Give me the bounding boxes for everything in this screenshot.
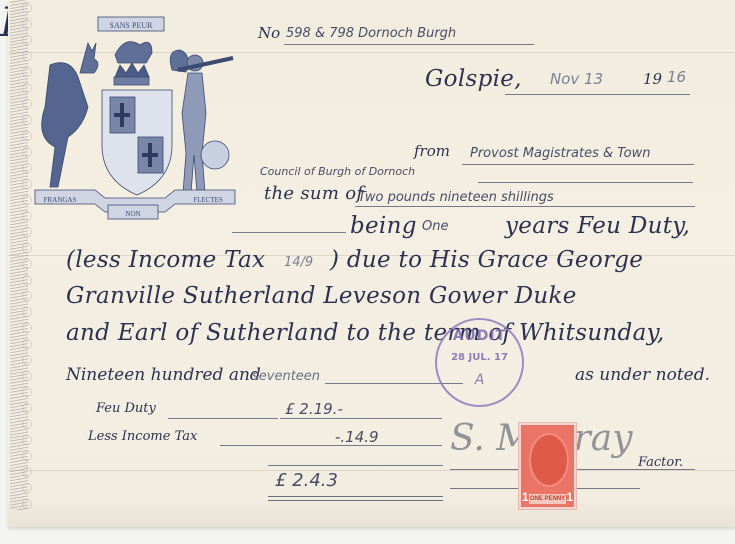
rule (355, 206, 695, 207)
coat-of-arms-icon: SANS PEUR FRANGAS NON FLECTES (30, 15, 240, 230)
postage-value-right: 1 (566, 490, 573, 504)
less-tax-value: 14/9 (284, 255, 313, 270)
svg-text:FLECTES: FLECTES (193, 196, 223, 204)
svg-text:NON: NON (125, 210, 140, 218)
sum-value: Two pounds nineteen shillings (358, 190, 554, 205)
rule (478, 182, 693, 183)
place-name: Golspie, (425, 66, 522, 92)
rule (168, 418, 278, 419)
audit-stamp-date: 28 JUL. 17 (437, 352, 522, 363)
receipt-number-prefix: No (258, 24, 280, 42)
svg-text:FRANGAS: FRANGAS (44, 196, 77, 204)
due-to-text: ) due to His Grace George (330, 247, 643, 273)
svg-text:SANS PEUR: SANS PEUR (110, 21, 154, 30)
ledger-label-income-tax: Less Income Tax (88, 429, 197, 444)
audit-stamp: AUDIT 28 JUL. 17 A (435, 318, 524, 407)
king-portrait-icon (529, 433, 569, 487)
receipt-number-value: 598 & 798 Dornoch Burgh (286, 26, 456, 41)
years-value: One (422, 219, 448, 234)
rule (268, 465, 443, 466)
rule (505, 94, 690, 95)
payer-line-2: Council of Burgh of Dornoch (260, 165, 415, 178)
date-month-day: Nov 13 (550, 70, 603, 88)
date-year-prefix: 19 (643, 70, 662, 88)
under-noted-text: as under noted. (575, 365, 710, 385)
nineteen-hundred-text: Nineteen hundred and (66, 365, 261, 385)
sum-label: the sum of (264, 183, 363, 204)
rule (462, 164, 694, 165)
postage-stamp: ONE PENNY 1 1 (519, 423, 576, 509)
feu-duty-text: years Feu Duty, (505, 213, 690, 239)
ledger-total: £ 2.4.3 (275, 470, 338, 491)
rule (284, 44, 534, 45)
postage-denomination: ONE PENNY (529, 494, 566, 504)
audit-stamp-mark: A (437, 372, 522, 388)
rule (280, 418, 442, 419)
rule (232, 232, 346, 233)
postage-value-left: 1 (522, 490, 529, 504)
less-tax-label: (less Income Tax (66, 247, 265, 273)
being-label: being (350, 213, 417, 239)
factor-label: Factor. (638, 455, 683, 470)
total-double-rule (268, 496, 443, 501)
ledger-label-feu-duty: Feu Duty (96, 401, 156, 416)
date-year-suffix: 16 (667, 68, 686, 86)
audit-stamp-title: AUDIT (437, 328, 522, 344)
payer-line-1: Provost Magistrates & Town (470, 146, 650, 161)
from-label: from (414, 142, 450, 160)
rule (220, 445, 442, 446)
earl-line: and Earl of Sutherland to the term of Wh… (66, 320, 664, 346)
fold-line (8, 470, 735, 471)
year-word: seventeen (252, 369, 320, 384)
duke-line: Granville Sutherland Leveson Gower Duke (66, 283, 577, 309)
ledger-value-feu-duty: £ 2.19.- (285, 400, 343, 418)
ledger-value-income-tax: -.14.9 (335, 428, 379, 446)
